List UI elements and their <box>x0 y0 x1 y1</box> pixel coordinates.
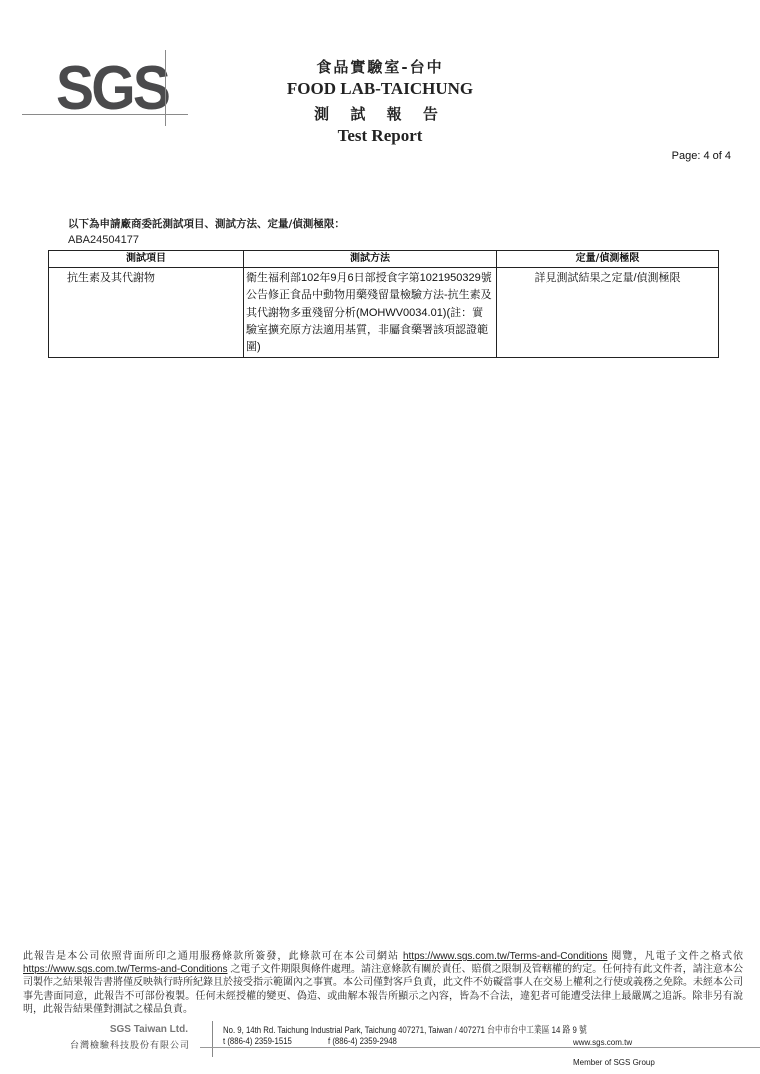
header-test-item: 測試項目 <box>49 251 244 268</box>
header-detection-limit: 定量/偵測極限 <box>497 251 719 268</box>
footer-website: www.sgs.com.tw <box>573 1038 632 1047</box>
cell-test-item: 抗生素及其代謝物 <box>49 268 244 358</box>
sgs-logo-text: SGS <box>56 58 168 120</box>
report-number: ABA24504177 <box>68 234 139 246</box>
report-title-english: Test Report <box>250 126 510 146</box>
footer-address: No. 9, 14th Rd. Taichung Industrial Park… <box>223 1022 587 1036</box>
sgs-logo: SGS <box>22 50 192 130</box>
logo-horizontal-rule <box>22 114 188 115</box>
lab-title-english: FOOD LAB-TAICHUNG <box>250 79 510 99</box>
footer-telephone: t (886-4) 2359-1515 <box>223 1036 292 1047</box>
lab-title-chinese: 食品實驗室-台中 <box>250 56 510 77</box>
footer-vertical-rule <box>212 1021 213 1057</box>
disclaimer-text-2: 閱覽，凡電子文件之格式依 <box>607 951 743 962</box>
terms-link-1[interactable]: https://www.sgs.com.tw/Terms-and-Conditi… <box>403 951 608 962</box>
table-header-row: 測試項目 測試方法 定量/偵測極限 <box>49 251 719 268</box>
footer-company-english: SGS Taiwan Ltd. <box>60 1024 188 1035</box>
logo-vertical-rule <box>165 50 166 126</box>
header-test-method: 測試方法 <box>244 251 497 268</box>
cell-test-method: 衛生福利部102年9月6日部授食字第1021950329號公告修正食品中動物用藥… <box>244 268 497 358</box>
cell-detection-limit: 詳見測試結果之定量/偵測極限 <box>497 268 719 358</box>
page-indicator: Page: 4 of 4 <box>672 150 731 162</box>
report-title-chinese: 測 試 報 告 <box>250 103 510 124</box>
footer-company-chinese: 台灣檢驗科技股份有限公司 <box>40 1038 190 1051</box>
disclaimer-text-1: 此報告是本公司依照背面所印之通用服務條款所簽發，此條款可在本公司網站 <box>23 951 403 962</box>
intro-heading: 以下為申請廠商委託測試項目、測試方法、定量/偵測極限： <box>68 216 345 231</box>
test-method-table: 測試項目 測試方法 定量/偵測極限 抗生素及其代謝物 衛生福利部102年9月6日… <box>48 250 719 358</box>
table-row: 抗生素及其代謝物 衛生福利部102年9月6日部授食字第1021950329號公告… <box>49 268 719 358</box>
terms-link-2[interactable]: https://www.sgs.com.tw/Terms-and-Conditi… <box>23 964 228 975</box>
footer-member-note: Member of SGS Group <box>573 1058 655 1067</box>
legal-disclaimer: 此報告是本公司依照背面所印之通用服務條款所簽發，此條款可在本公司網站 https… <box>23 950 743 1016</box>
footer-horizontal-rule <box>200 1047 760 1048</box>
footer-fax: f (886-4) 2359-2948 <box>328 1036 397 1047</box>
